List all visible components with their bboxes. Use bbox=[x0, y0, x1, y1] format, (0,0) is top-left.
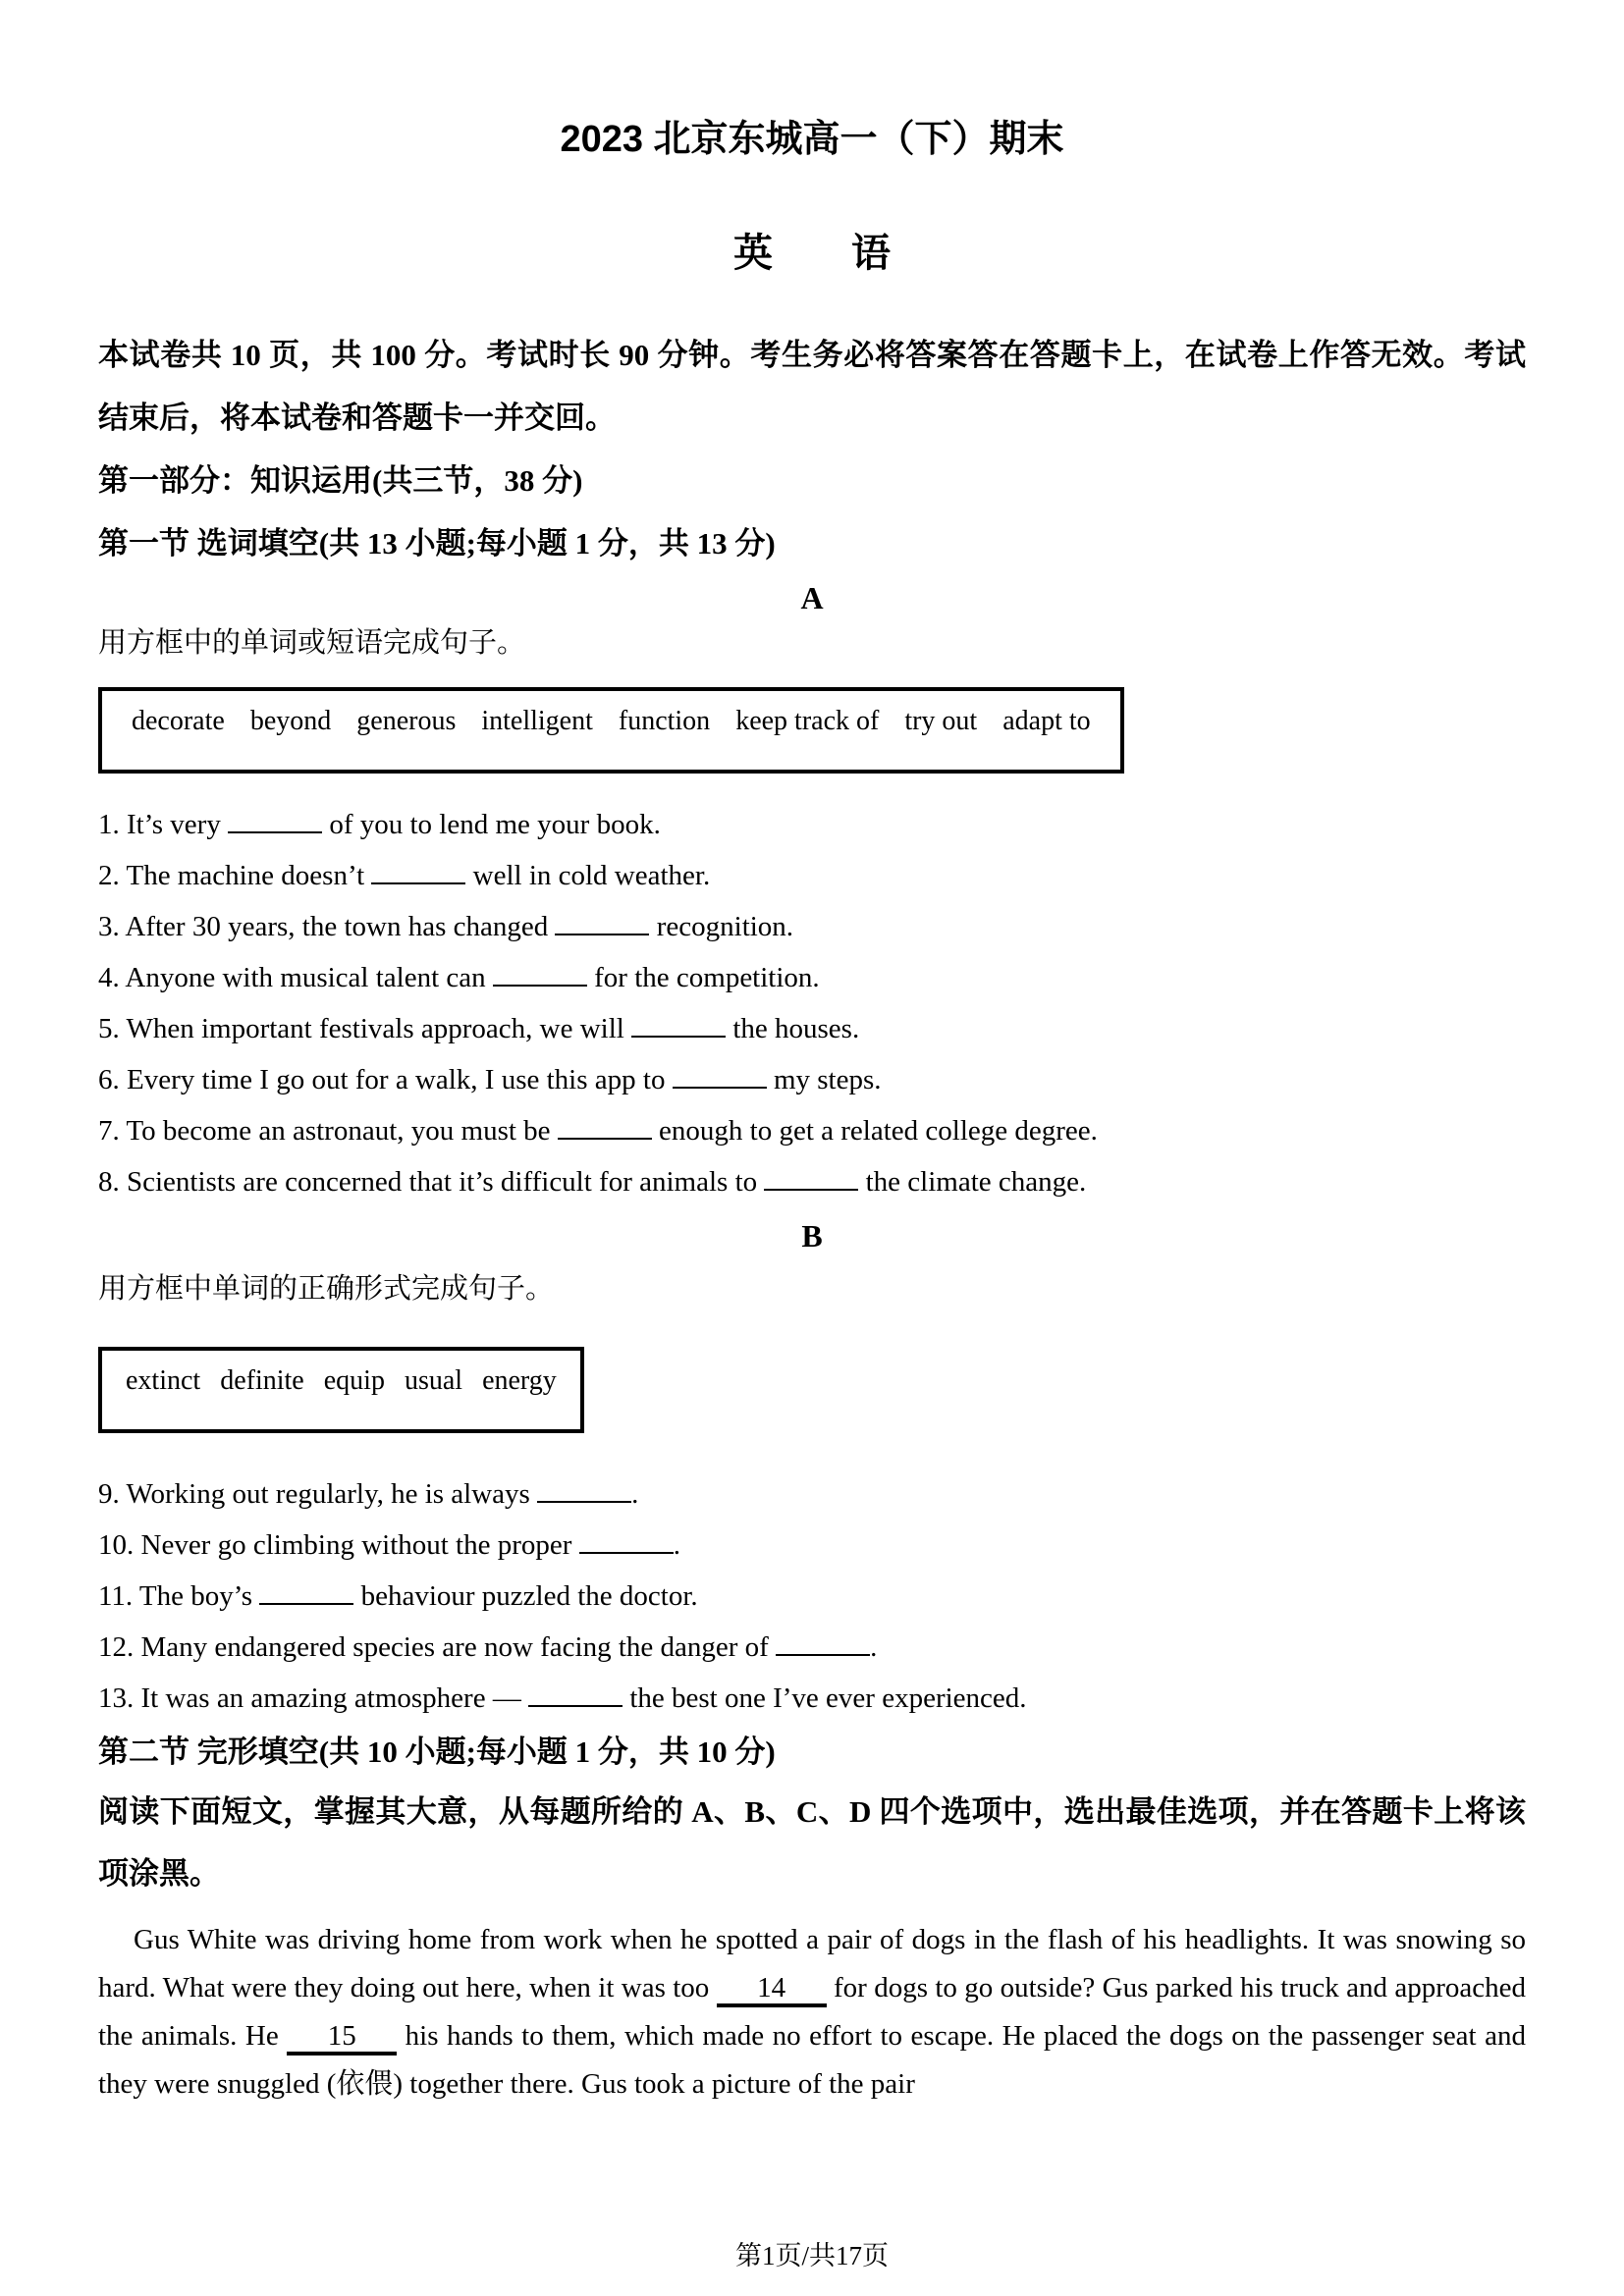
group-b-instruction: 用方框中单词的正确形式完成句子。 bbox=[98, 1266, 1526, 1311]
answer-blank bbox=[228, 831, 322, 833]
word-bank-b: extinctdefiniteequipusualenergy bbox=[98, 1347, 584, 1433]
word-bank-item: generous bbox=[356, 706, 456, 736]
word-bank-item: adapt to bbox=[1002, 706, 1090, 736]
question-item: 11. The boy’s behaviour puzzled the doct… bbox=[98, 1571, 1526, 1622]
answer-blank bbox=[579, 1552, 674, 1554]
question-item: 1. It’s very of you to lend me your book… bbox=[98, 799, 1526, 850]
question-item: 8. Scientists are concerned that it’s di… bbox=[98, 1156, 1526, 1207]
answer-blank bbox=[558, 1138, 652, 1140]
page-content: 2023 北京东城高一（下）期末 英 语 本试卷共 10 页，共 100 分。考… bbox=[0, 0, 1624, 2109]
section1-heading: 第一节 选词填空(共 13 小题;每小题 1 分，共 13 分) bbox=[98, 512, 1526, 575]
answer-blank bbox=[493, 985, 587, 987]
answer-blank bbox=[764, 1189, 858, 1191]
question-item: 10. Never go climbing without the proper… bbox=[98, 1520, 1526, 1571]
group-b-label: B bbox=[98, 1213, 1526, 1258]
word-bank-b-wrap: extinctdefiniteequipusualenergy bbox=[98, 1325, 1526, 1433]
word-bank-item: extinct bbox=[126, 1365, 200, 1396]
section2-instruction: 阅读下面短文，掌握其大意，从每题所给的 A、B、C、D 四个选项中，选出最佳选项… bbox=[98, 1781, 1526, 1904]
answer-blank bbox=[631, 1036, 726, 1038]
page-footer: 第1页/共17页 bbox=[0, 2234, 1624, 2272]
group-a-label: A bbox=[98, 575, 1526, 620]
group-a-instruction: 用方框中的单词或短语完成句子。 bbox=[98, 620, 1526, 666]
question-item: 6. Every time I go out for a walk, I use… bbox=[98, 1054, 1526, 1105]
word-bank-item: energy bbox=[482, 1365, 557, 1396]
word-bank-item: usual bbox=[405, 1365, 462, 1396]
question-item: 13. It was an amazing atmosphere — the b… bbox=[98, 1673, 1526, 1724]
word-bank-item: function bbox=[619, 706, 710, 736]
cloze-passage: Gus White was driving home from work whe… bbox=[98, 1916, 1526, 2109]
question-item: 2. The machine doesn’t well in cold weat… bbox=[98, 850, 1526, 901]
question-item: 12. Many endangered species are now faci… bbox=[98, 1622, 1526, 1673]
word-bank-item: beyond bbox=[250, 706, 331, 736]
doc-subject: 英 语 bbox=[98, 228, 1526, 279]
answer-blank bbox=[555, 934, 649, 935]
question-item: 3. After 30 years, the town has changed … bbox=[98, 901, 1526, 952]
answer-blank bbox=[259, 1603, 353, 1605]
answer-blank bbox=[371, 882, 465, 884]
cloze-blank: 15 bbox=[287, 2020, 397, 2056]
questions-group-b: 9. Working out regularly, he is always .… bbox=[98, 1468, 1526, 1724]
word-bank-item: keep track of bbox=[735, 706, 879, 736]
word-bank-a: decoratebeyondgenerousintelligentfunctio… bbox=[98, 687, 1124, 774]
word-bank-item: try out bbox=[904, 706, 977, 736]
answer-blank bbox=[776, 1654, 870, 1656]
cloze-blank: 14 bbox=[717, 1972, 827, 2007]
questions-group-a: 1. It’s very of you to lend me your book… bbox=[98, 799, 1526, 1207]
answer-blank bbox=[528, 1705, 623, 1707]
word-bank-a-wrap: decoratebeyondgenerousintelligentfunctio… bbox=[98, 666, 1526, 774]
question-item: 9. Working out regularly, he is always . bbox=[98, 1468, 1526, 1520]
doc-title: 2023 北京东城高一（下）期末 bbox=[98, 116, 1526, 163]
word-bank-item: equip bbox=[324, 1365, 385, 1396]
question-item: 5. When important festivals approach, we… bbox=[98, 1003, 1526, 1054]
answer-blank bbox=[673, 1087, 767, 1089]
exam-notice: 本试卷共 10 页，共 100 分。考试时长 90 分钟。考生务必将答案答在答题… bbox=[98, 324, 1526, 450]
word-bank-item: decorate bbox=[132, 706, 225, 736]
answer-blank bbox=[537, 1501, 631, 1503]
word-bank-item: definite bbox=[220, 1365, 304, 1396]
question-item: 7. To become an astronaut, you must be e… bbox=[98, 1105, 1526, 1156]
exam-paper-page: 2023 北京东城高一（下）期末 英 语 本试卷共 10 页，共 100 分。考… bbox=[0, 0, 1624, 2296]
part1-heading: 第一部分：知识运用(共三节，38 分) bbox=[98, 450, 1526, 512]
question-item: 4. Anyone with musical talent can for th… bbox=[98, 952, 1526, 1003]
word-bank-item: intelligent bbox=[481, 706, 593, 736]
section2-heading: 第二节 完形填空(共 10 小题;每小题 1 分，共 10 分) bbox=[98, 1724, 1526, 1781]
